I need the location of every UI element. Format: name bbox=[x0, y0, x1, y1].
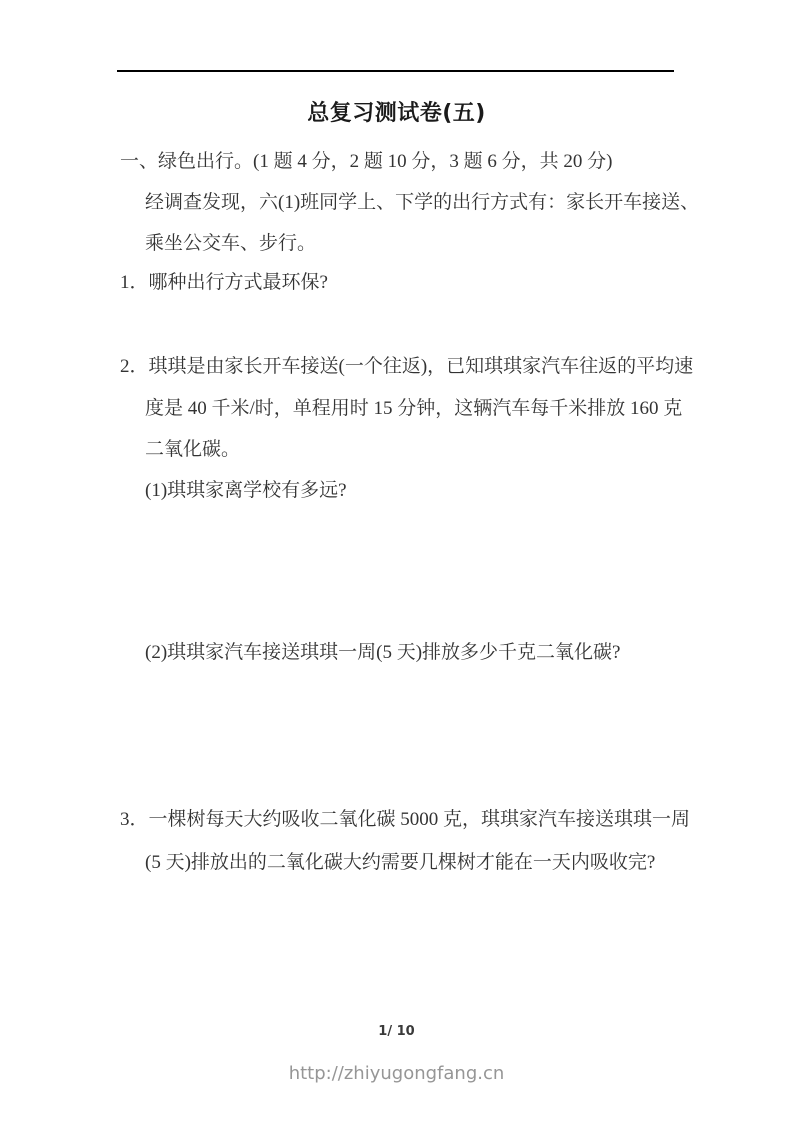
question-2-part-1: (1)琪琪家离学校有多远? bbox=[145, 479, 347, 503]
document-page: 总复习测试卷(五) 一、绿色出行。(1 题 4 分，2 题 10 分，3 题 6… bbox=[0, 0, 793, 1122]
page-title: 总复习测试卷(五) bbox=[0, 101, 793, 127]
question-3-line-1: 3．一棵树每天大约吸收二氧化碳 5000 克，琪琪家汽车接送琪琪一周 bbox=[120, 808, 690, 832]
question-1: 1．哪种出行方式最环保? bbox=[120, 271, 328, 295]
question-2-part-2: (2)琪琪家汽车接送琪琪一周(5 天)排放多少千克二氧化碳? bbox=[145, 641, 621, 665]
site-url: http://zhiyugongfang.cn bbox=[0, 1063, 793, 1084]
intro-line-1: 经调查发现，六(1)班同学上、下学的出行方式有：家长开车接送、 bbox=[145, 191, 699, 215]
page-number: 1/ 10 bbox=[0, 1024, 793, 1039]
question-3-line-2: (5 天)排放出的二氧化碳大约需要几棵树才能在一天内吸收完? bbox=[145, 851, 655, 875]
header-rule bbox=[117, 70, 674, 72]
question-2-line-1: 2．琪琪是由家长开车接送(一个往返)，已知琪琪家汽车往返的平均速 bbox=[120, 355, 693, 379]
intro-line-2: 乘坐公交车、步行。 bbox=[145, 232, 316, 256]
question-2-line-2: 度是 40 千米/时，单程用时 15 分钟，这辆汽车每千米排放 160 克 bbox=[145, 397, 682, 421]
question-2-line-3: 二氧化碳。 bbox=[145, 438, 240, 462]
section-heading: 一、绿色出行。(1 题 4 分，2 题 10 分，3 题 6 分，共 20 分) bbox=[120, 150, 612, 174]
